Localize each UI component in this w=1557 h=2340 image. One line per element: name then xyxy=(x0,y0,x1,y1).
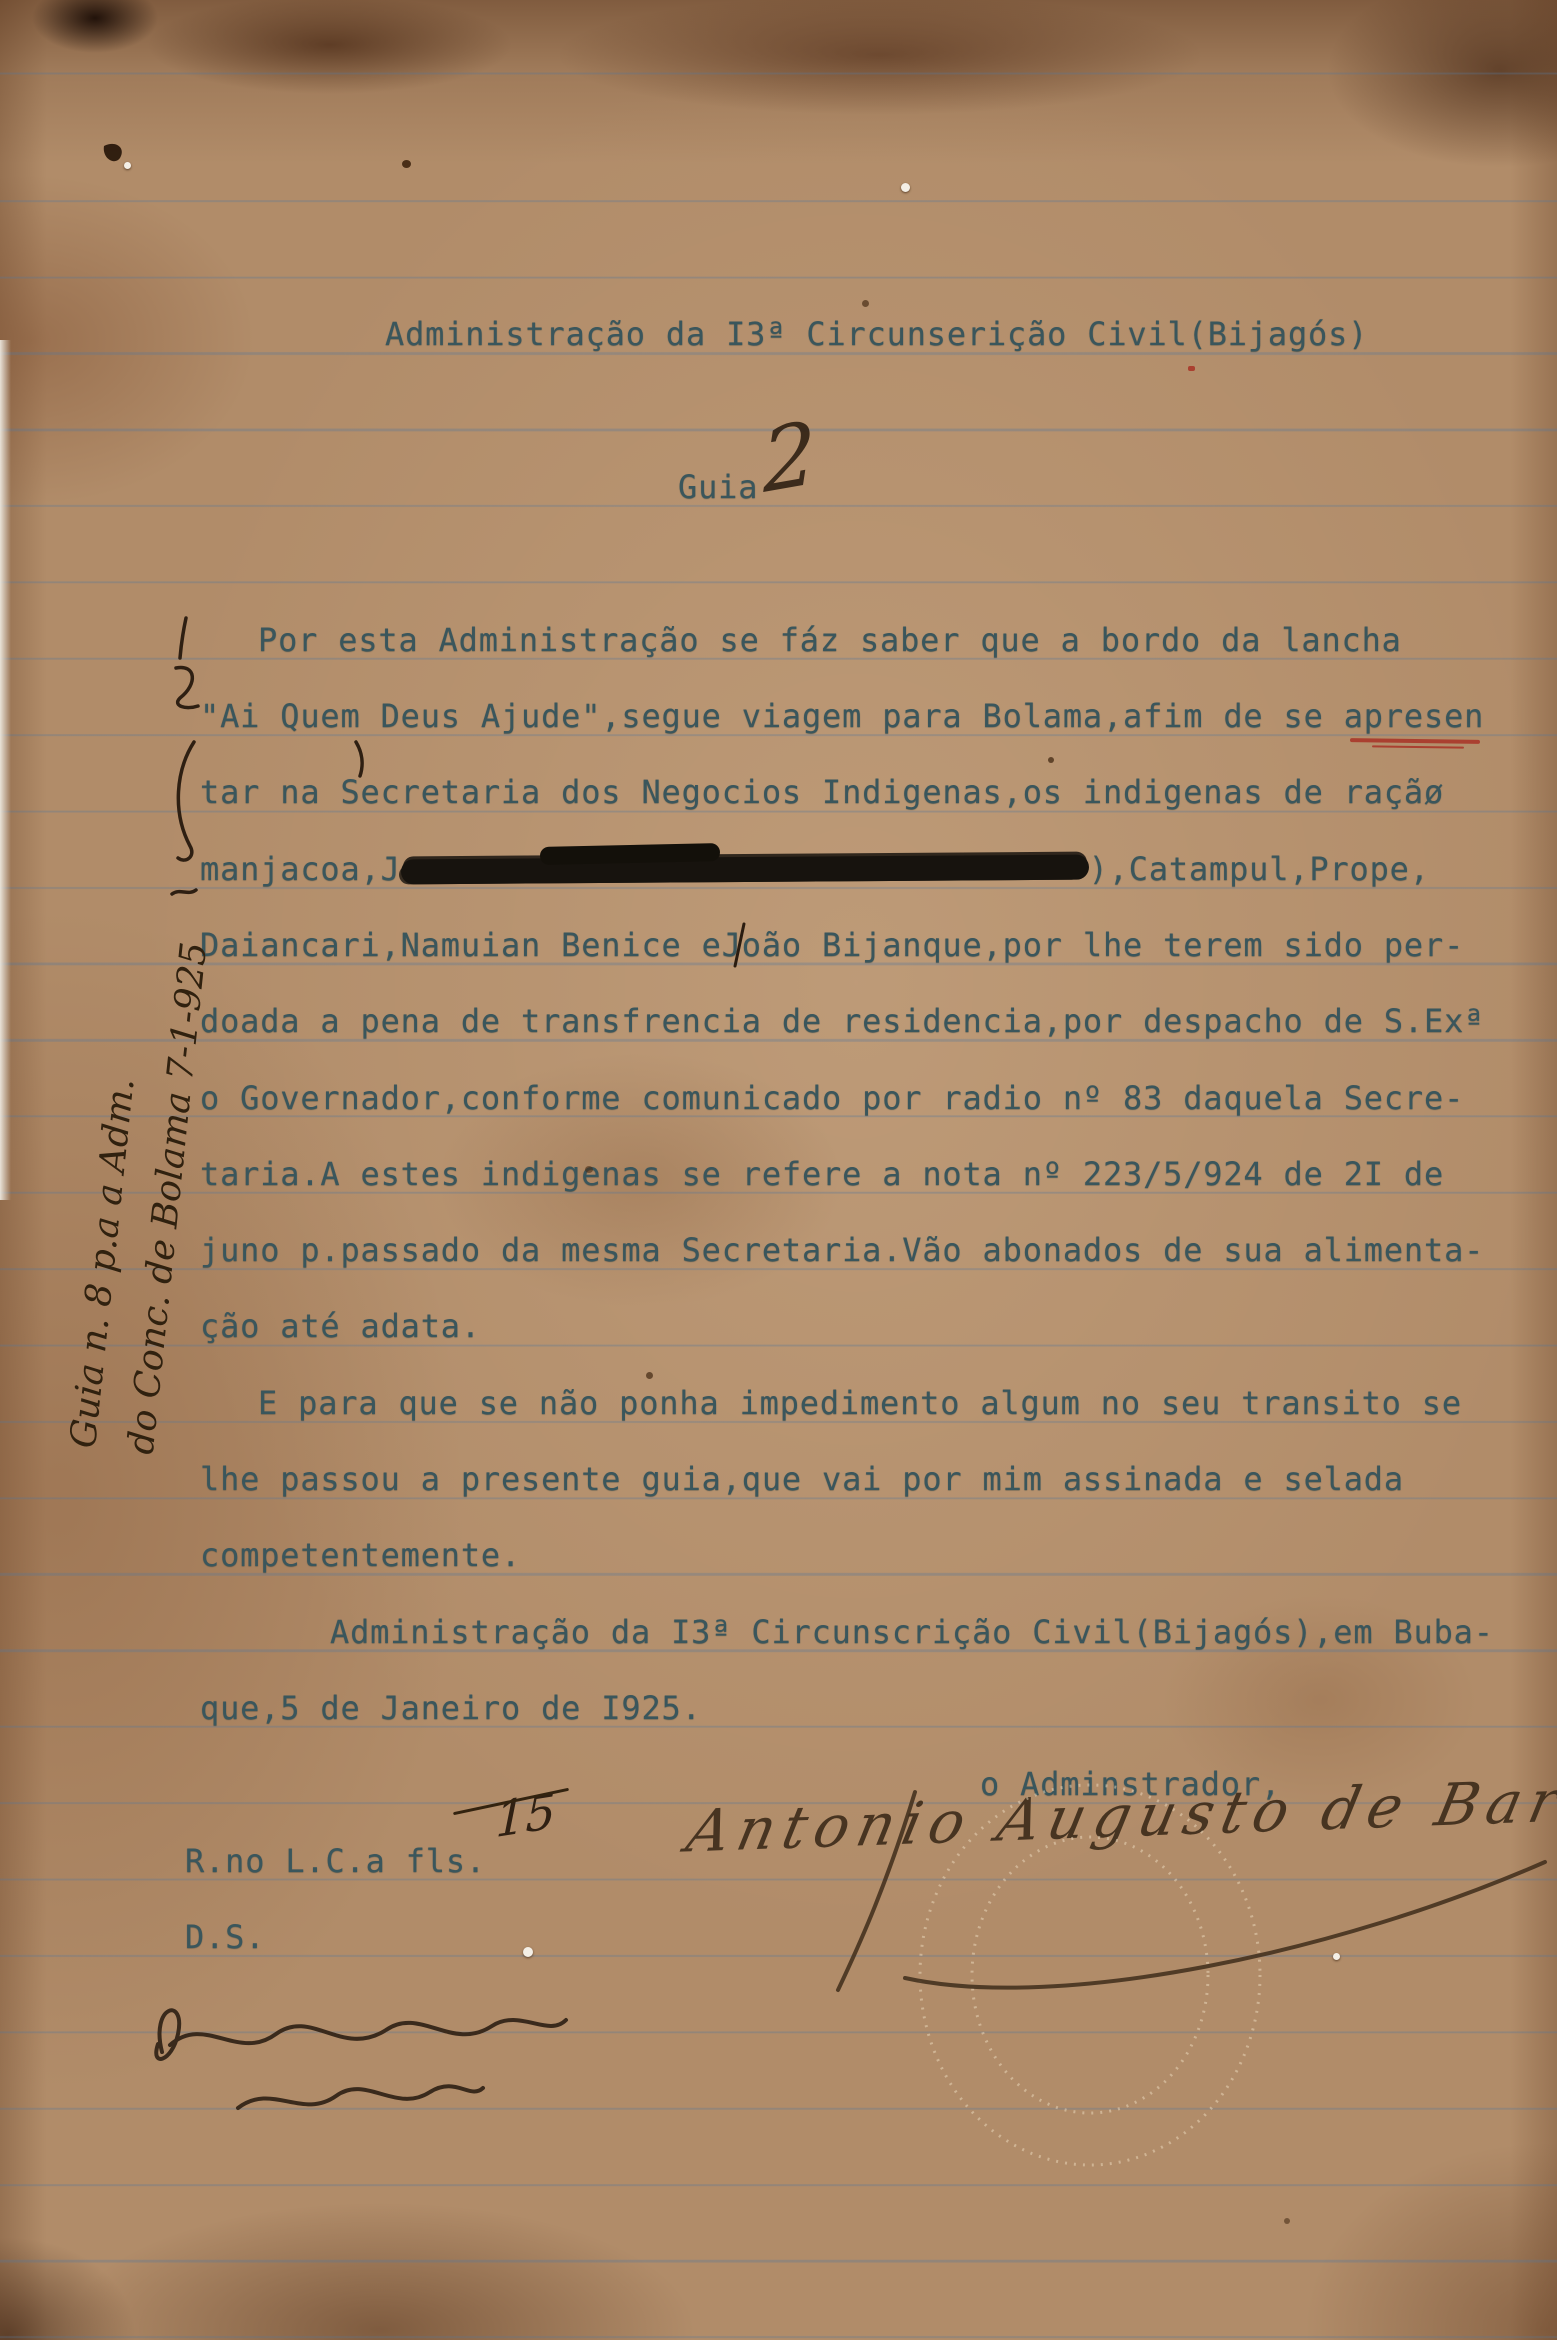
ink-speck xyxy=(646,1372,653,1379)
body-line-4-post: ),Catampul,Prope, xyxy=(1089,850,1430,888)
registry-line: R.no L.C.a fls. xyxy=(185,1843,486,1879)
body-line-9: juno p.passado da mesma Secretaria.Vão a… xyxy=(200,1232,1484,1268)
redaction-strike xyxy=(401,855,1089,885)
guia-label: Guia xyxy=(678,469,758,505)
body-line-13: competentemente. xyxy=(200,1537,521,1573)
ink-speck xyxy=(1048,757,1054,763)
body-line-10: ção até adata. xyxy=(200,1308,481,1344)
paper-hole xyxy=(523,1947,533,1957)
body-line-14: Administração da I3ª Circunscrição Civil… xyxy=(330,1614,1494,1650)
paper-hole xyxy=(124,162,131,169)
body-line-7: o Governador,conforme comunicado por rad… xyxy=(200,1080,1464,1116)
ink-speck xyxy=(1284,2218,1290,2224)
body-line-11: E para que se não ponha impedimento algu… xyxy=(258,1385,1462,1421)
ink-speck xyxy=(862,300,869,307)
body-line-8: taria.A estes indigenas se refere a nota… xyxy=(200,1156,1444,1192)
guia-number-handwritten: 2 xyxy=(761,403,818,513)
body-line-3: tar na Secretaria dos Negocios Indigenas… xyxy=(200,774,1444,810)
paper-hole xyxy=(901,183,910,192)
paper-hole xyxy=(1333,1953,1340,1960)
body-line-1: Por esta Administração se fáz saber que … xyxy=(258,622,1402,658)
redaction-ink-blob xyxy=(540,843,720,865)
paper-edge-highlight xyxy=(0,340,11,1200)
scanned-document-page: Administração da I3ª Circunserição Civil… xyxy=(0,0,1557,2340)
body-line-6: doada a pena de transfrencia de residenc… xyxy=(200,1003,1484,1039)
letterhead-title: Administração da I3ª Circunserição Civil… xyxy=(385,316,1368,352)
body-line-2: "Ai Quem Deus Ajude",segue viagem para B… xyxy=(200,698,1484,734)
body-line-12: lhe passou a presente guia,que vai por m… xyxy=(200,1461,1404,1497)
ds-label: D.S. xyxy=(185,1919,265,1955)
body-line-15: que,5 de Janeiro de I925. xyxy=(200,1690,702,1726)
body-line-4: manjacoa,J),Catampul,Prope, xyxy=(200,851,1430,887)
body-line-5: Daiancari,Namuian Benice eJoão Bijanque,… xyxy=(200,927,1464,963)
ink-speck xyxy=(585,1166,593,1173)
red-speck xyxy=(1188,366,1195,371)
ink-speck xyxy=(402,160,411,168)
